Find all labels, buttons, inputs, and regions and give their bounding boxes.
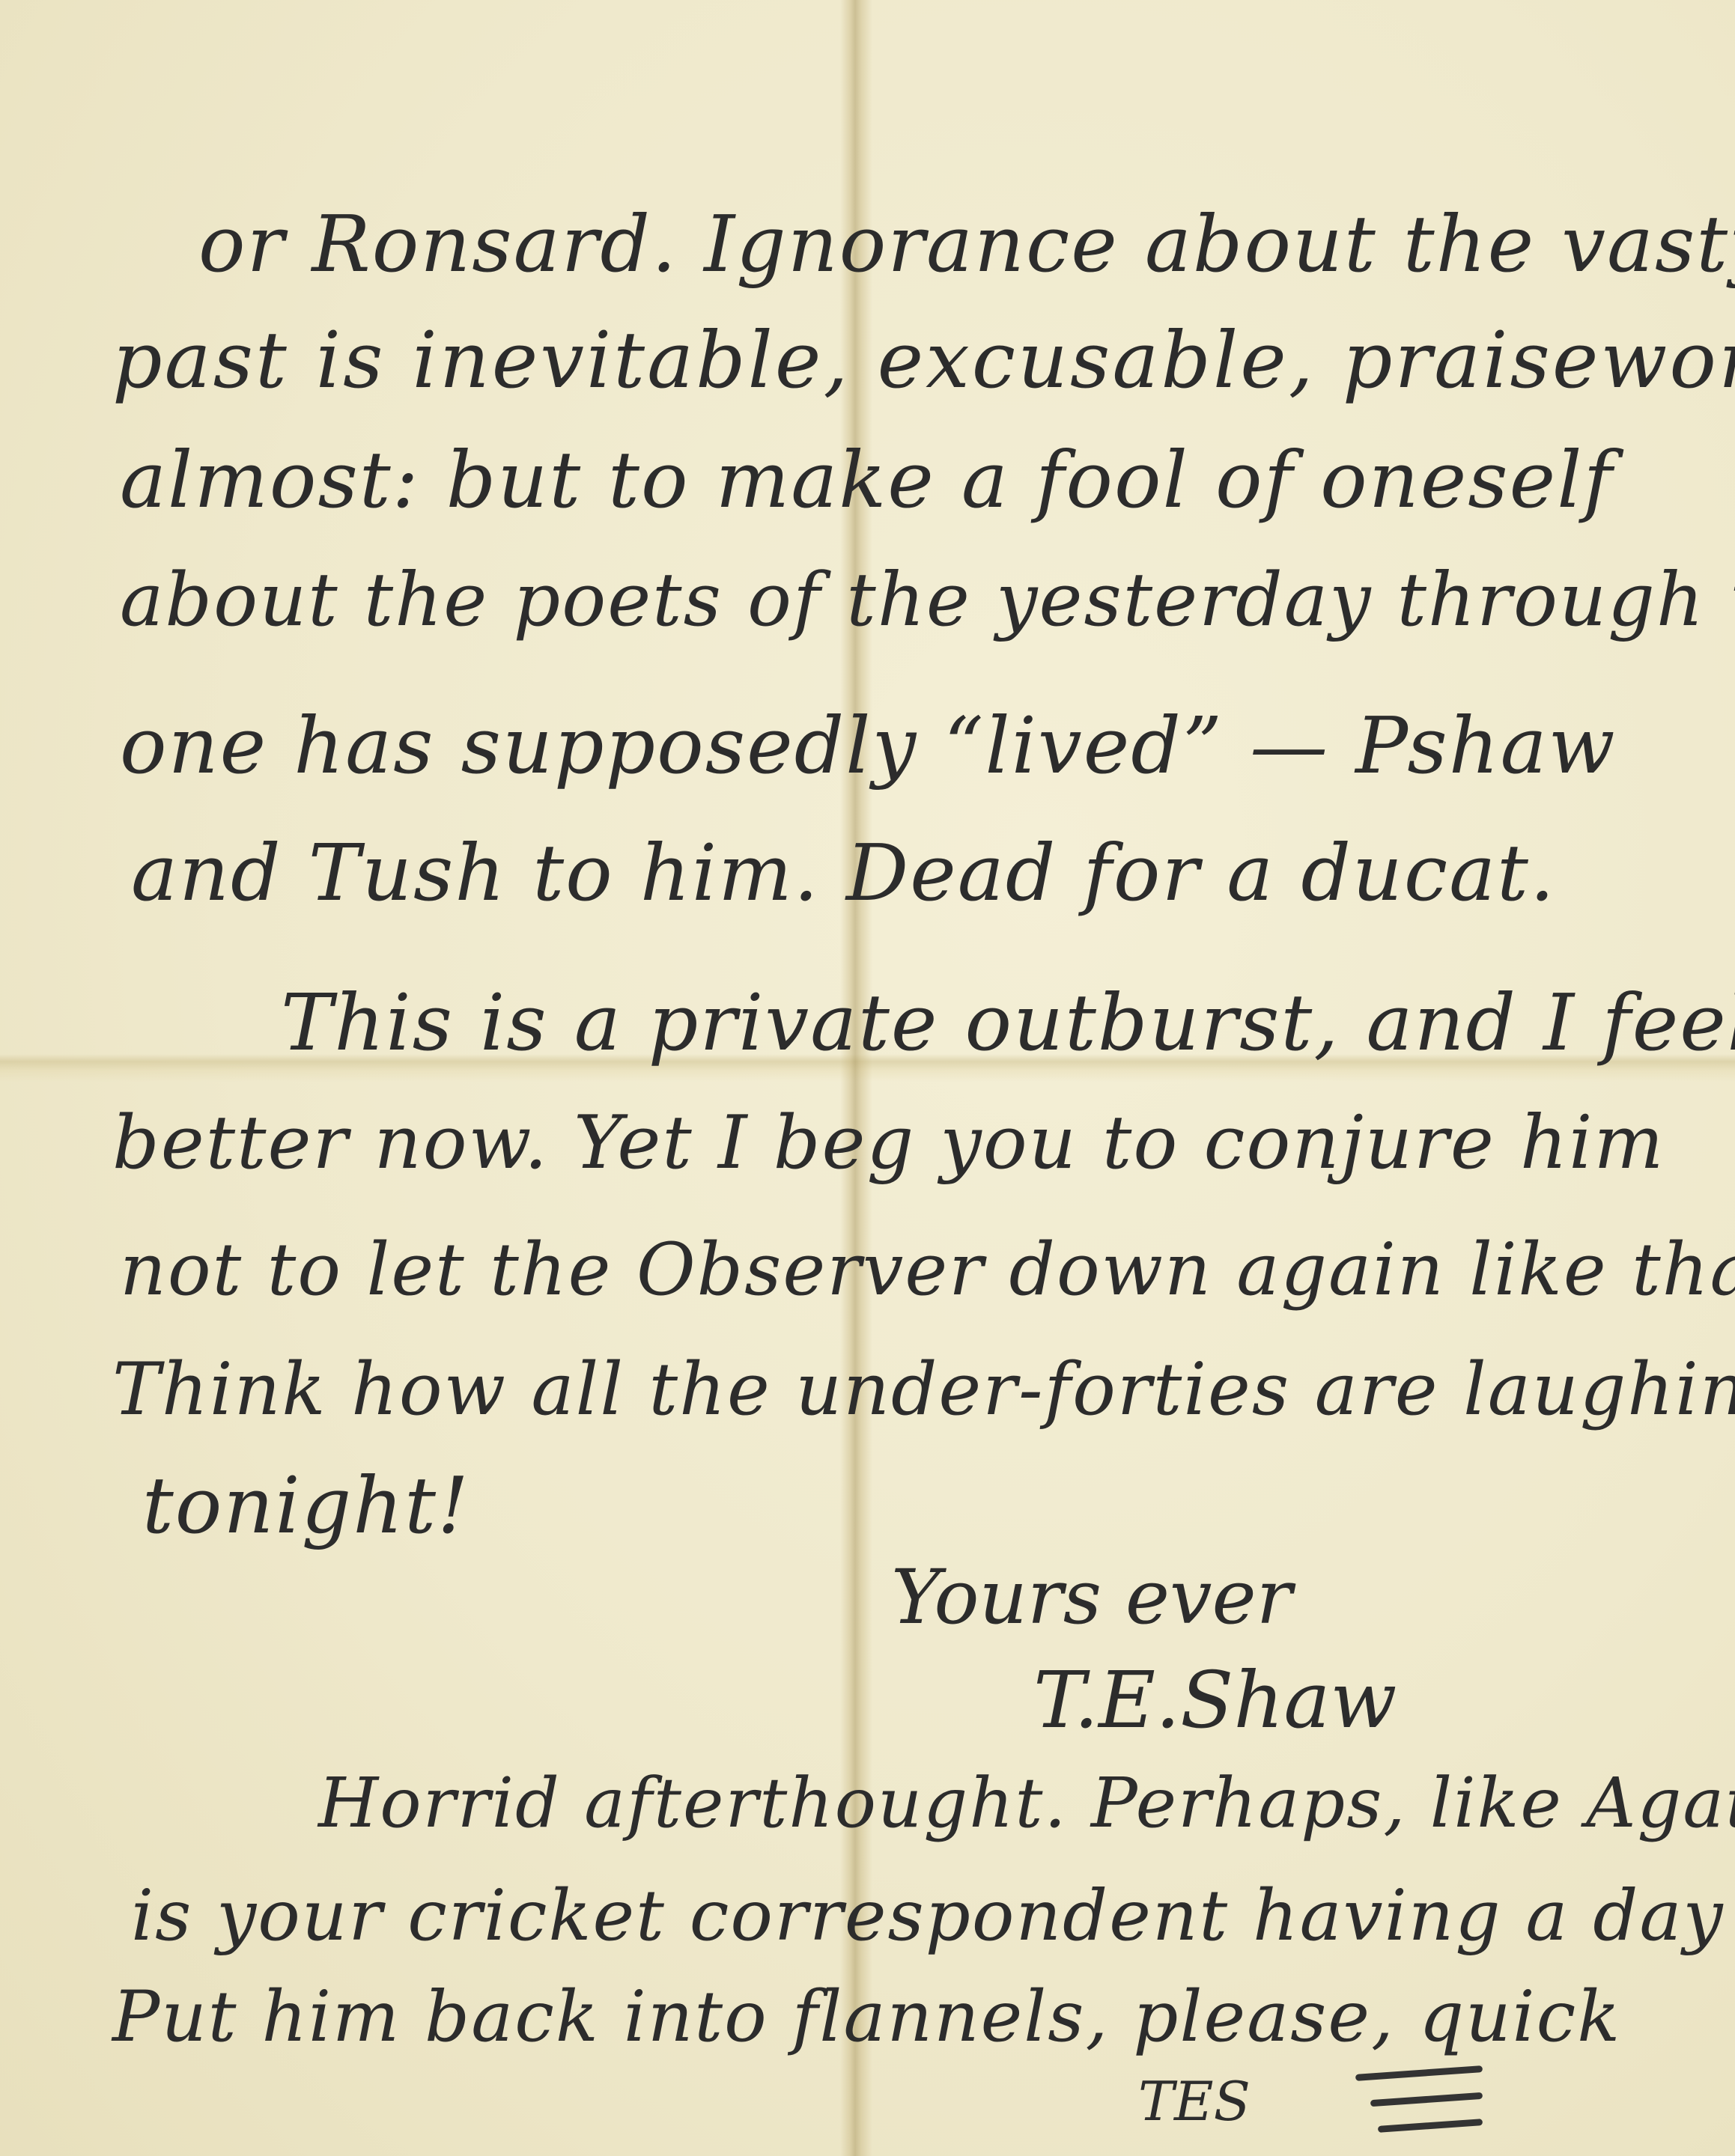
emphasis-underline-2 <box>1370 2092 1483 2107</box>
letter-line-9: not to let the Observer down again like … <box>120 1228 1735 1312</box>
postscript-line-1: Horrid afterthought. Perhaps, like Agate… <box>318 1763 1735 1843</box>
letter-line-2: past is inevitable, excusable, praisewor… <box>112 314 1735 406</box>
signature: T.E.Shaw <box>1033 1654 1397 1746</box>
letter-line-1: or Ronsard. Ignorance about the vasty <box>198 198 1735 290</box>
letter-line-11: tonight! <box>142 1460 470 1551</box>
postscript-line-2: is your cricket correspondent having a d… <box>131 1875 1735 1957</box>
closing-salutation: Yours ever <box>891 1553 1292 1641</box>
letter-line-7: This is a private outburst, and I feel <box>281 977 1735 1068</box>
letter-line-4: about the poets of the yesterday through… <box>120 558 1735 643</box>
letter-line-5: one has supposedly “lived” — Pshaw <box>120 700 1617 791</box>
emphasis-underline-3 <box>1378 2119 1483 2133</box>
letter-line-3: almost: but to make a fool of oneself <box>120 434 1614 526</box>
postscript-line-3: Put him back into flannels, please, quic… <box>112 1976 1621 2058</box>
letter-line-10: Think how all the under-forties are laug… <box>112 1347 1735 1431</box>
letter-line-6: and Tush to him. Dead for a ducat. <box>131 827 1556 919</box>
initials: TES <box>1138 2070 1251 2133</box>
emphasis-underline-1 <box>1355 2065 1483 2081</box>
letter-line-8: better now. Yet I beg you to conjure him <box>112 1100 1665 1186</box>
letter-page: or Ronsard. Ignorance about the vasty pa… <box>0 0 1735 2156</box>
